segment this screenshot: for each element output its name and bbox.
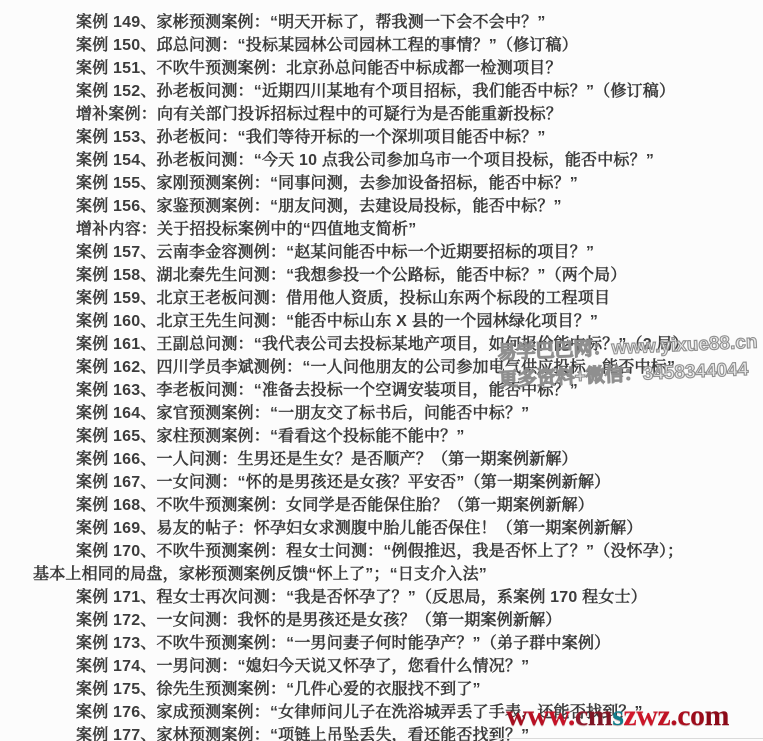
document-line: 案例 151、不吹牛预测案例：北京孙总问能否中标成都一检测项目？ xyxy=(0,57,763,80)
cmszwz-watermark-letter: w xyxy=(527,699,548,732)
document-line: 基本上相同的局盘，家彬预测案例反馈“怀上了”；“日支介入法” xyxy=(0,563,763,586)
cmszwz-watermark: www.cmszwz.com xyxy=(506,699,729,733)
document-line: 增补案例：向有关部门投诉招标过程中的可疑行为是否能重新投标？ xyxy=(0,103,763,126)
document-line: 案例 153、孙老板问：“我们等待开标的一个深圳项目能否中标？” xyxy=(0,126,763,149)
document-line: 案例 171、程女士再次问测：“我是否怀孕了？”（反思局，系案例 170 程女士… xyxy=(0,586,763,609)
document-line: 案例 173、不吹牛预测案例：“一男问妻子何时能孕产？”（弟子群中案例） xyxy=(0,632,763,655)
cmszwz-watermark-letter: m xyxy=(588,699,613,732)
document-line: 案例 152、孙老板问测：“近期四川某地有个项目招标，我们能否中标？”（修订稿） xyxy=(0,80,763,103)
cmszwz-watermark-letter: m xyxy=(705,699,730,732)
document-line: 案例 172、一女问测：我怀的是男孩还是女孩？（第一期案例新解） xyxy=(0,609,763,632)
document-line: 案例 174、一男问测：“媳妇今天说又怀孕了，您看什么情况？” xyxy=(0,655,763,678)
document-line: 案例 156、家鉴预测案例：“朋友问测，去建设局投标，能否中标？” xyxy=(0,195,763,218)
document-line: 增补内容：关于招投标案例中的“四值地支简析” xyxy=(0,218,763,241)
document-line: 案例 169、易友的帖子：怀孕妇女求测腹中胎儿能否保住！（第一期案例新解） xyxy=(0,517,763,540)
document-line: 案例 160、北京王先生问测：“能否中标山东 X 县的一个园林绿化项目？” xyxy=(0,310,763,333)
document-line: 案例 175、徐先生预测案例：“几件心爱的衣服找不到了” xyxy=(0,678,763,701)
document-line: 案例 167、一女问测：“怀的是男孩还是女孩？平安否”（第一期案例新解） xyxy=(0,471,763,494)
document-line: 案例 166、一人问测：生男还是生女？是否顺产？（第一期案例新解） xyxy=(0,448,763,471)
document-line: 案例 164、家官预测案例：“一朋友交了标书后，问能否中标？” xyxy=(0,402,763,425)
page-edge-line xyxy=(486,738,763,739)
cmszwz-watermark-letter: w xyxy=(506,699,527,732)
yixue-watermark: 易学巴巴网：www.yixue88.cn 更多资料+微信：3458344044 xyxy=(497,329,759,394)
cmszwz-watermark-letter: s xyxy=(612,699,623,732)
document-line: 案例 149、家彬预测案例：“明天开标了，帮我测一下会不会中？” xyxy=(0,11,763,34)
cmszwz-watermark-letter: c xyxy=(575,699,588,732)
cmszwz-watermark-letter: z xyxy=(657,699,670,732)
document-line: 案例 150、邱总问测：“投标某园林公司园林工程的事情？”（修订稿） xyxy=(0,34,763,57)
document-page: { "page": { "background": "#fcfcfc", "te… xyxy=(0,0,763,741)
document-line: 案例 157、云南李金容测例：“赵某问能否中标一个近期要招标的项目？” xyxy=(0,241,763,264)
document-line: 案例 155、家刚预测案例：“同事问测，去参加设备招标，能否中标？” xyxy=(0,172,763,195)
document-line: 案例 154、孙老板问测：“今天 10 点我公司参加乌市一个项目投标，能否中标？… xyxy=(0,149,763,172)
document-line: 案例 170、不吹牛预测案例：程女士问测：“例假推迟，我是否怀上了？”（没怀孕）… xyxy=(0,540,763,563)
cmszwz-watermark-letter: c xyxy=(677,699,690,732)
document-line: 案例 158、湖北秦先生问测：“我想参投一个公路标，能否中标？”（两个局） xyxy=(0,264,763,287)
document-line: 案例 165、家柱预测案例：“看看这个投标能不能中？” xyxy=(0,425,763,448)
cmszwz-watermark-letter: w xyxy=(636,699,657,732)
cmszwz-watermark-letter: . xyxy=(568,699,575,732)
document-line: 案例 159、北京王老板问测：借用他人资质，投标山东两个标段的工程项目 xyxy=(0,287,763,310)
cmszwz-watermark-letter: w xyxy=(548,699,568,732)
cmszwz-watermark-letter: z xyxy=(623,699,636,732)
cmszwz-watermark-letter: o xyxy=(690,699,705,732)
document-line: 案例 168、不吹牛预测案例：女同学是否能保住胎？（第一期案例新解） xyxy=(0,494,763,517)
